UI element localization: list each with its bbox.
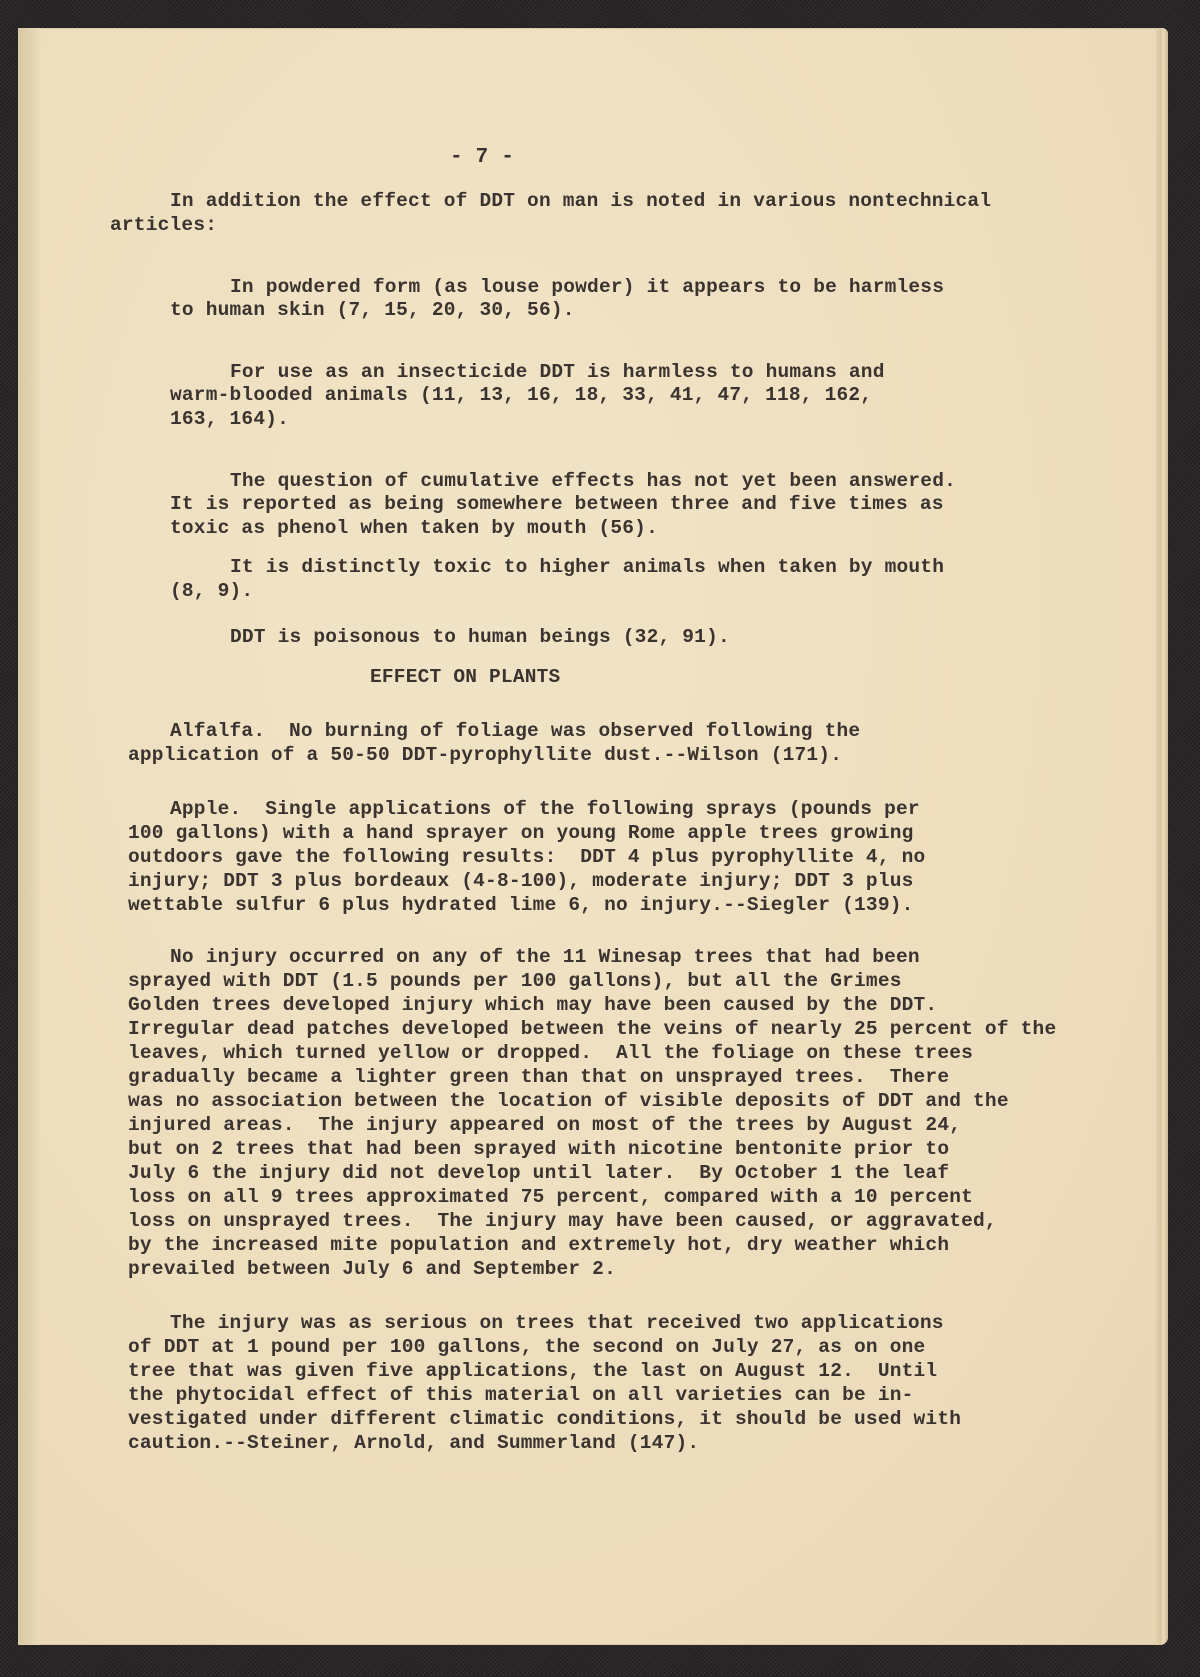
- quote-3-line-1: The question of cumulative effects has n…: [230, 470, 956, 493]
- quote-4-line-1: It is distinctly toxic to higher animals…: [230, 556, 944, 579]
- final-line-5: vestigated under different climatic cond…: [128, 1408, 961, 1431]
- winesap-line-13: by the increased mite population and ext…: [128, 1234, 949, 1257]
- alfalfa-line-1: Alfalfa. No burning of foliage was obser…: [170, 720, 860, 743]
- quote-3-line-3: toxic as phenol when taken by mouth (56)…: [170, 517, 658, 540]
- winesap-line-7: was no association between the location …: [128, 1090, 1009, 1113]
- quote-2-line-1: For use as an insecticide DDT is harmles…: [230, 361, 885, 384]
- quote-2-line-2: warm-blooded animals (11, 13, 16, 18, 33…: [170, 384, 872, 407]
- apple-line-5: wettable sulfur 6 plus hydrated lime 6, …: [128, 894, 914, 917]
- intro-line-2: articles:: [110, 214, 217, 237]
- winesap-line-9: but on 2 trees that had been sprayed wit…: [128, 1138, 949, 1161]
- page-number: - 7 -: [450, 146, 514, 169]
- winesap-line-3: Golden trees developed injury which may …: [128, 994, 937, 1017]
- winesap-line-8: injured areas. The injury appeared on mo…: [128, 1114, 961, 1137]
- winesap-line-1: No injury occurred on any of the 11 Wine…: [170, 946, 920, 969]
- quote-2-line-3: 163, 164).: [170, 408, 289, 431]
- apple-line-1: Apple. Single applications of the follow…: [170, 798, 920, 821]
- alfalfa-line-2: application of a 50-50 DDT-pyrophyllite …: [128, 744, 842, 767]
- final-line-3: tree that was given five applications, t…: [128, 1360, 937, 1383]
- final-line-4: the phytocidal effect of this material o…: [128, 1384, 914, 1407]
- apple-line-3: outdoors gave the following results: DDT…: [128, 846, 925, 869]
- winesap-line-14: prevailed between July 6 and September 2…: [128, 1258, 616, 1281]
- winesap-line-5: leaves, which turned yellow or dropped. …: [128, 1042, 973, 1065]
- quote-3-line-2: It is reported as being somewhere betwee…: [170, 493, 944, 516]
- quote-5-line-1: DDT is poisonous to human beings (32, 91…: [230, 626, 730, 649]
- apple-line-4: injury; DDT 3 plus bordeaux (4-8-100), m…: [128, 870, 914, 893]
- final-line-1: The injury was as serious on trees that …: [170, 1312, 944, 1335]
- winesap-line-2: sprayed with DDT (1.5 pounds per 100 gal…: [128, 970, 902, 993]
- section-heading: EFFECT ON PLANTS: [370, 666, 560, 689]
- page-edge: [1156, 28, 1168, 1645]
- apple-line-2: 100 gallons) with a hand sprayer on youn…: [128, 822, 914, 845]
- page-gutter: [18, 28, 40, 1645]
- winesap-line-4: Irregular dead patches developed between…: [128, 1018, 1056, 1041]
- winesap-line-10: July 6 the injury did not develop until …: [128, 1162, 949, 1185]
- winesap-line-12: loss on unsprayed trees. The injury may …: [128, 1210, 997, 1233]
- final-line-6: caution.--Steiner, Arnold, and Summerlan…: [128, 1432, 699, 1455]
- document-page: - 7 - In addition the effect of DDT on m…: [18, 28, 1168, 1645]
- quote-4-line-2: (8, 9).: [170, 580, 253, 603]
- intro-line-1: In addition the effect of DDT on man is …: [170, 190, 991, 213]
- quote-1-line-2: to human skin (7, 15, 20, 30, 56).: [170, 299, 575, 322]
- winesap-line-11: loss on all 9 trees approximated 75 perc…: [128, 1186, 973, 1209]
- quote-1-line-1: In powdered form (as louse powder) it ap…: [230, 276, 944, 299]
- winesap-line-6: gradually became a lighter green than th…: [128, 1066, 949, 1089]
- final-line-2: of DDT at 1 pound per 100 gallons, the s…: [128, 1336, 925, 1359]
